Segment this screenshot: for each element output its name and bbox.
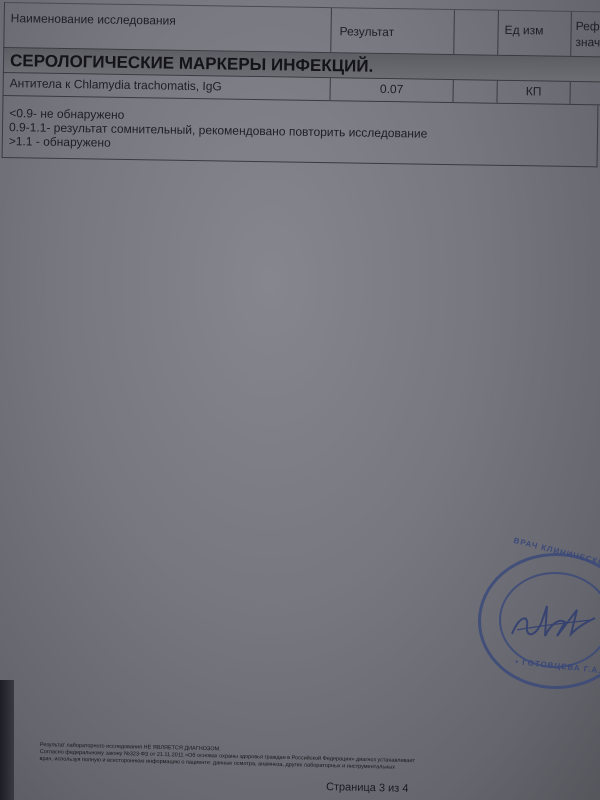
document-page: Наименование исследования Результат Ед и…	[0, 0, 600, 800]
table-header-row: Наименование исследования Результат Ед и…	[3, 2, 600, 58]
doctor-stamp: ВРАЧ КЛИНИЧЕСКОЙ ЛАБОРАТОРНОЙ • ГОТОВЦЕВ…	[478, 553, 600, 689]
row-unit-cell: КП	[497, 81, 570, 104]
header-blank-cell	[454, 10, 499, 55]
header-result-cell: Результат	[331, 8, 455, 54]
results-table: Наименование исследования Результат Ед и…	[2, 2, 600, 168]
test-unit: КП	[526, 84, 542, 98]
header-result: Результат	[339, 24, 394, 39]
row-result-cell: 0.07	[330, 78, 453, 102]
header-unit-cell: Ед изм	[498, 11, 572, 56]
header-reference: Реф. знач.	[575, 18, 600, 50]
page-number: Страница 3 из 4	[326, 781, 409, 795]
footer-disclaimer: Результат лабораторного исследования НЕ …	[39, 742, 600, 778]
header-name-cell: Наименование исследования	[4, 3, 332, 52]
header-name: Наименование исследования	[11, 11, 176, 28]
test-name: Антитела к Chlamydia trachomatis, IgG	[4, 76, 222, 93]
test-result: 0.07	[380, 82, 404, 96]
header-unit: Ед изм	[505, 23, 544, 38]
header-reference-cell: Реф. знач.	[571, 12, 600, 57]
signature-icon	[507, 596, 597, 646]
row-name-cell: Антитела к Chlamydia trachomatis, IgG	[4, 73, 331, 100]
row-reference-cell	[570, 82, 600, 105]
reference-notes: <0.9- не обнаружено 0.9-1.1- результат с…	[2, 96, 599, 167]
page-edge-shadow	[0, 680, 14, 800]
row-blank-cell	[453, 80, 497, 103]
